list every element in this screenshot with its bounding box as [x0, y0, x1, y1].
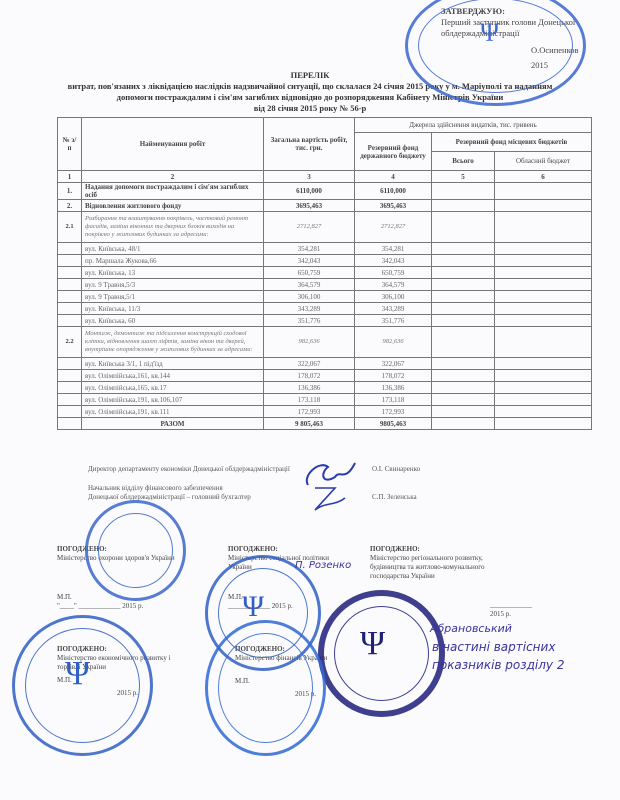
cell-name: вул. Київська 3/1, 1 під'їзд — [82, 358, 264, 370]
cell-empty — [495, 183, 592, 200]
column-number: 1 — [58, 171, 82, 183]
cell-state: 322,067 — [355, 358, 432, 370]
cell-name: Відновлення житлового фонду — [82, 200, 264, 212]
cell-state: 172,993 — [355, 406, 432, 418]
cell-num — [58, 358, 82, 370]
agreement-heading: ПОГОДЖЕНО: — [228, 545, 348, 554]
signature-accountant-name: С.П. Зеленська — [372, 493, 417, 502]
signature-accountant-role-line1: Начальник відділу фінансового забезпечен… — [88, 484, 251, 493]
cell-num — [58, 267, 82, 279]
cell-state: 306,100 — [355, 291, 432, 303]
trident-icon: Ψ — [480, 18, 499, 48]
title-line3: від 28 січня 2015 року № 56-р — [0, 103, 620, 114]
cell-empty — [432, 370, 495, 382]
table-row: вул. Київська, 60351,776351,776 — [58, 315, 592, 327]
stamp-health-ministry-icon — [85, 500, 186, 601]
agreement-date: "____" ____________ 2015 р. — [57, 602, 207, 611]
cell-name: вул. Київська, 48/1 — [82, 243, 264, 255]
table-row: вул. Олімпійська,191, кв.106,107173,1181… — [58, 394, 592, 406]
trident-icon: Ψ — [360, 625, 385, 663]
handwritten-note-line1: в частині вартісних — [432, 640, 555, 654]
trident-icon: Ψ — [65, 655, 90, 693]
cell-total: 343,289 — [264, 303, 355, 315]
agreement-heading: ПОГОДЖЕНО: — [370, 545, 520, 554]
cell-state: 178,072 — [355, 370, 432, 382]
cell-name: Надання допомоги постраждалим і сім'ям з… — [82, 183, 264, 200]
cell-name: Розбирання та влаштування покрівель, час… — [82, 212, 264, 243]
cell-total: 342,043 — [264, 255, 355, 267]
cell-state: 354,281 — [355, 243, 432, 255]
cell-name: вул. Олімпійська,191, кв.106,107 — [82, 394, 264, 406]
cell-empty — [432, 212, 495, 243]
table-row: вул. Київська, 13650,759650,759 — [58, 267, 592, 279]
cell-empty — [495, 382, 592, 394]
cell-total: 136,386 — [264, 382, 355, 394]
cell-empty — [432, 303, 495, 315]
cell-name: вул. Олімпійська,165, кв.17 — [82, 382, 264, 394]
cell-empty — [432, 358, 495, 370]
cell-total: 354,281 — [264, 243, 355, 255]
cell-total: 178,072 — [264, 370, 355, 382]
cell-num — [58, 243, 82, 255]
table-row: вул. 9 Травня,5/1306,100306,100 — [58, 291, 592, 303]
cell-total: 173,118 — [264, 394, 355, 406]
accountant-signature-icon — [305, 480, 355, 520]
table-row: вул. Київська 3/1, 1 під'їзд322,067322,0… — [58, 358, 592, 370]
cell-empty — [495, 303, 592, 315]
header-local-total: Всього — [432, 152, 495, 171]
cell-name: пр. Маршала Жукова,66 — [82, 255, 264, 267]
cell-num — [58, 382, 82, 394]
cell-empty — [432, 291, 495, 303]
table-row: 1.Надання допомоги постраждалим і сім'ям… — [58, 183, 592, 200]
trident-icon: Ψ — [242, 590, 264, 624]
signature-director-role: Директор департаменту економіки Донецько… — [88, 465, 290, 474]
cell-name: вул. Київська, 60 — [82, 315, 264, 327]
agreement-date: ____________ 2015 р. — [490, 601, 520, 619]
table-row: вул. Київська, 11/3343,289343,289 — [58, 303, 592, 315]
stamp-finance-ministry-icon — [205, 620, 326, 756]
cell-state: 342,043 — [355, 255, 432, 267]
cell-total: 6110,000 — [264, 183, 355, 200]
table-row: вул. 9 Травня,5/3364,579364,579 — [58, 279, 592, 291]
cell-name: вул. 9 Травня,5/3 — [82, 279, 264, 291]
expenses-table: № з/п Найменування робіт Загальна вартіс… — [57, 117, 592, 430]
cell-state: 364,579 — [355, 279, 432, 291]
cell-name: вул. Київська, 13 — [82, 267, 264, 279]
table-row: вул. Київська, 48/1354,281354,281 — [58, 243, 592, 255]
cell-empty — [495, 370, 592, 382]
cell-empty — [495, 279, 592, 291]
table-row: 2.2Монтаж, демонтаж та підсилення констр… — [58, 327, 592, 358]
cell-total: 2712,827 — [264, 212, 355, 243]
cell-empty — [495, 327, 592, 358]
cell-name: вул. Олімпійська,191, кв.111 — [82, 406, 264, 418]
signature-accountant-role-line2: Донецької облдержадміністрації – головни… — [88, 493, 251, 502]
cell-total: 982,636 — [264, 327, 355, 358]
cell-state: 173,118 — [355, 394, 432, 406]
handwritten-note-line2: показників розділу 2 — [432, 658, 564, 672]
header-state-fund: Резервний фонд державного бюджету — [355, 133, 432, 171]
header-num: № з/п — [58, 118, 82, 171]
total-label: РАЗОМ — [82, 418, 264, 430]
signature-accountant-role: Начальник відділу фінансового забезпечен… — [88, 484, 251, 502]
cell-num — [58, 291, 82, 303]
cell-empty — [432, 200, 495, 212]
table-row: 2.Відновлення житлового фонду3695,463369… — [58, 200, 592, 212]
cell-name: Монтаж, демонтаж та підсилення конструкц… — [82, 327, 264, 358]
cell-name: вул. 9 Травня,5/1 — [82, 291, 264, 303]
cell-num: 2.2 — [58, 327, 82, 358]
cell-state: 3695,463 — [355, 200, 432, 212]
cell-total: 364,579 — [264, 279, 355, 291]
cell-total: 172,993 — [264, 406, 355, 418]
cell-num — [58, 315, 82, 327]
cell-num — [58, 255, 82, 267]
cell-total: 306,100 — [264, 291, 355, 303]
cell-num — [58, 394, 82, 406]
column-number: 4 — [355, 171, 432, 183]
cell-empty — [495, 315, 592, 327]
cell-total: 351,776 — [264, 315, 355, 327]
header-total: Загальна вартість робіт, тис. грн. — [264, 118, 355, 171]
cell-empty — [432, 315, 495, 327]
cell-empty — [432, 394, 495, 406]
cell-state: 351,776 — [355, 315, 432, 327]
cell-total: 650,759 — [264, 267, 355, 279]
agreement-org: Міністерство регіонального розвитку, буд… — [370, 554, 520, 581]
cell-num — [58, 279, 82, 291]
handwritten-rozenko: П. Розенко — [295, 560, 351, 571]
signature-director-name: О.І. Свинаренко — [372, 465, 420, 474]
column-number: 2 — [82, 171, 264, 183]
cell-total: 3695,463 — [264, 200, 355, 212]
handwritten-abramovsky: Абрановський — [430, 622, 512, 635]
table-row: пр. Маршала Жукова,66342,043342,043 — [58, 255, 592, 267]
header-regional: Обласний бюджет — [495, 152, 592, 171]
cell-state: 982,636 — [355, 327, 432, 358]
column-number: 5 — [432, 171, 495, 183]
column-number: 6 — [495, 171, 592, 183]
cell-empty — [495, 418, 592, 430]
cell-state: 2712,827 — [355, 212, 432, 243]
cell-empty — [432, 418, 495, 430]
cell-empty — [432, 406, 495, 418]
cell-num: 1. — [58, 183, 82, 200]
cell-num — [58, 406, 82, 418]
cell-empty — [58, 418, 82, 430]
cell-empty — [495, 255, 592, 267]
cell-name: вул. Олімпійська,161, кв.144 — [82, 370, 264, 382]
header-local-fund: Резервний фонд місцевих бюджетів — [432, 133, 592, 152]
table-row: вул. Олімпійська,161, кв.144178,072178,0… — [58, 370, 592, 382]
table-row: 2.1Розбирання та влаштування покрівель, … — [58, 212, 592, 243]
cell-empty — [495, 291, 592, 303]
cell-empty — [432, 255, 495, 267]
cell-empty — [432, 327, 495, 358]
cell-num: 2.1 — [58, 212, 82, 243]
cell-state: 136,386 — [355, 382, 432, 394]
cell-state: 343,289 — [355, 303, 432, 315]
total-state: 9805,463 — [355, 418, 432, 430]
cell-state: 650,759 — [355, 267, 432, 279]
cell-empty — [495, 200, 592, 212]
cell-empty — [495, 267, 592, 279]
cell-state: 6110,000 — [355, 183, 432, 200]
cell-empty — [432, 243, 495, 255]
table-row: вул. Олімпійська,165, кв.17136,386136,38… — [58, 382, 592, 394]
total-value: 9 805,463 — [264, 418, 355, 430]
cell-empty — [432, 267, 495, 279]
cell-num — [58, 370, 82, 382]
header-sources: Джерела здійснення видатків, тис. гривен… — [355, 118, 592, 133]
cell-empty — [432, 279, 495, 291]
cell-empty — [495, 243, 592, 255]
cell-empty — [495, 394, 592, 406]
table-row: вул. Олімпійська,191, кв.111172,993172,9… — [58, 406, 592, 418]
cell-total: 322,067 — [264, 358, 355, 370]
cell-empty — [495, 358, 592, 370]
cell-empty — [495, 212, 592, 243]
cell-name: вул. Київська, 11/3 — [82, 303, 264, 315]
cell-empty — [432, 382, 495, 394]
cell-empty — [495, 406, 592, 418]
column-number: 3 — [264, 171, 355, 183]
cell-empty — [432, 183, 495, 200]
cell-num: 2. — [58, 200, 82, 212]
cell-num — [58, 303, 82, 315]
header-name: Найменування робіт — [82, 118, 264, 171]
total-row: РАЗОМ9 805,4639805,463 — [58, 418, 592, 430]
